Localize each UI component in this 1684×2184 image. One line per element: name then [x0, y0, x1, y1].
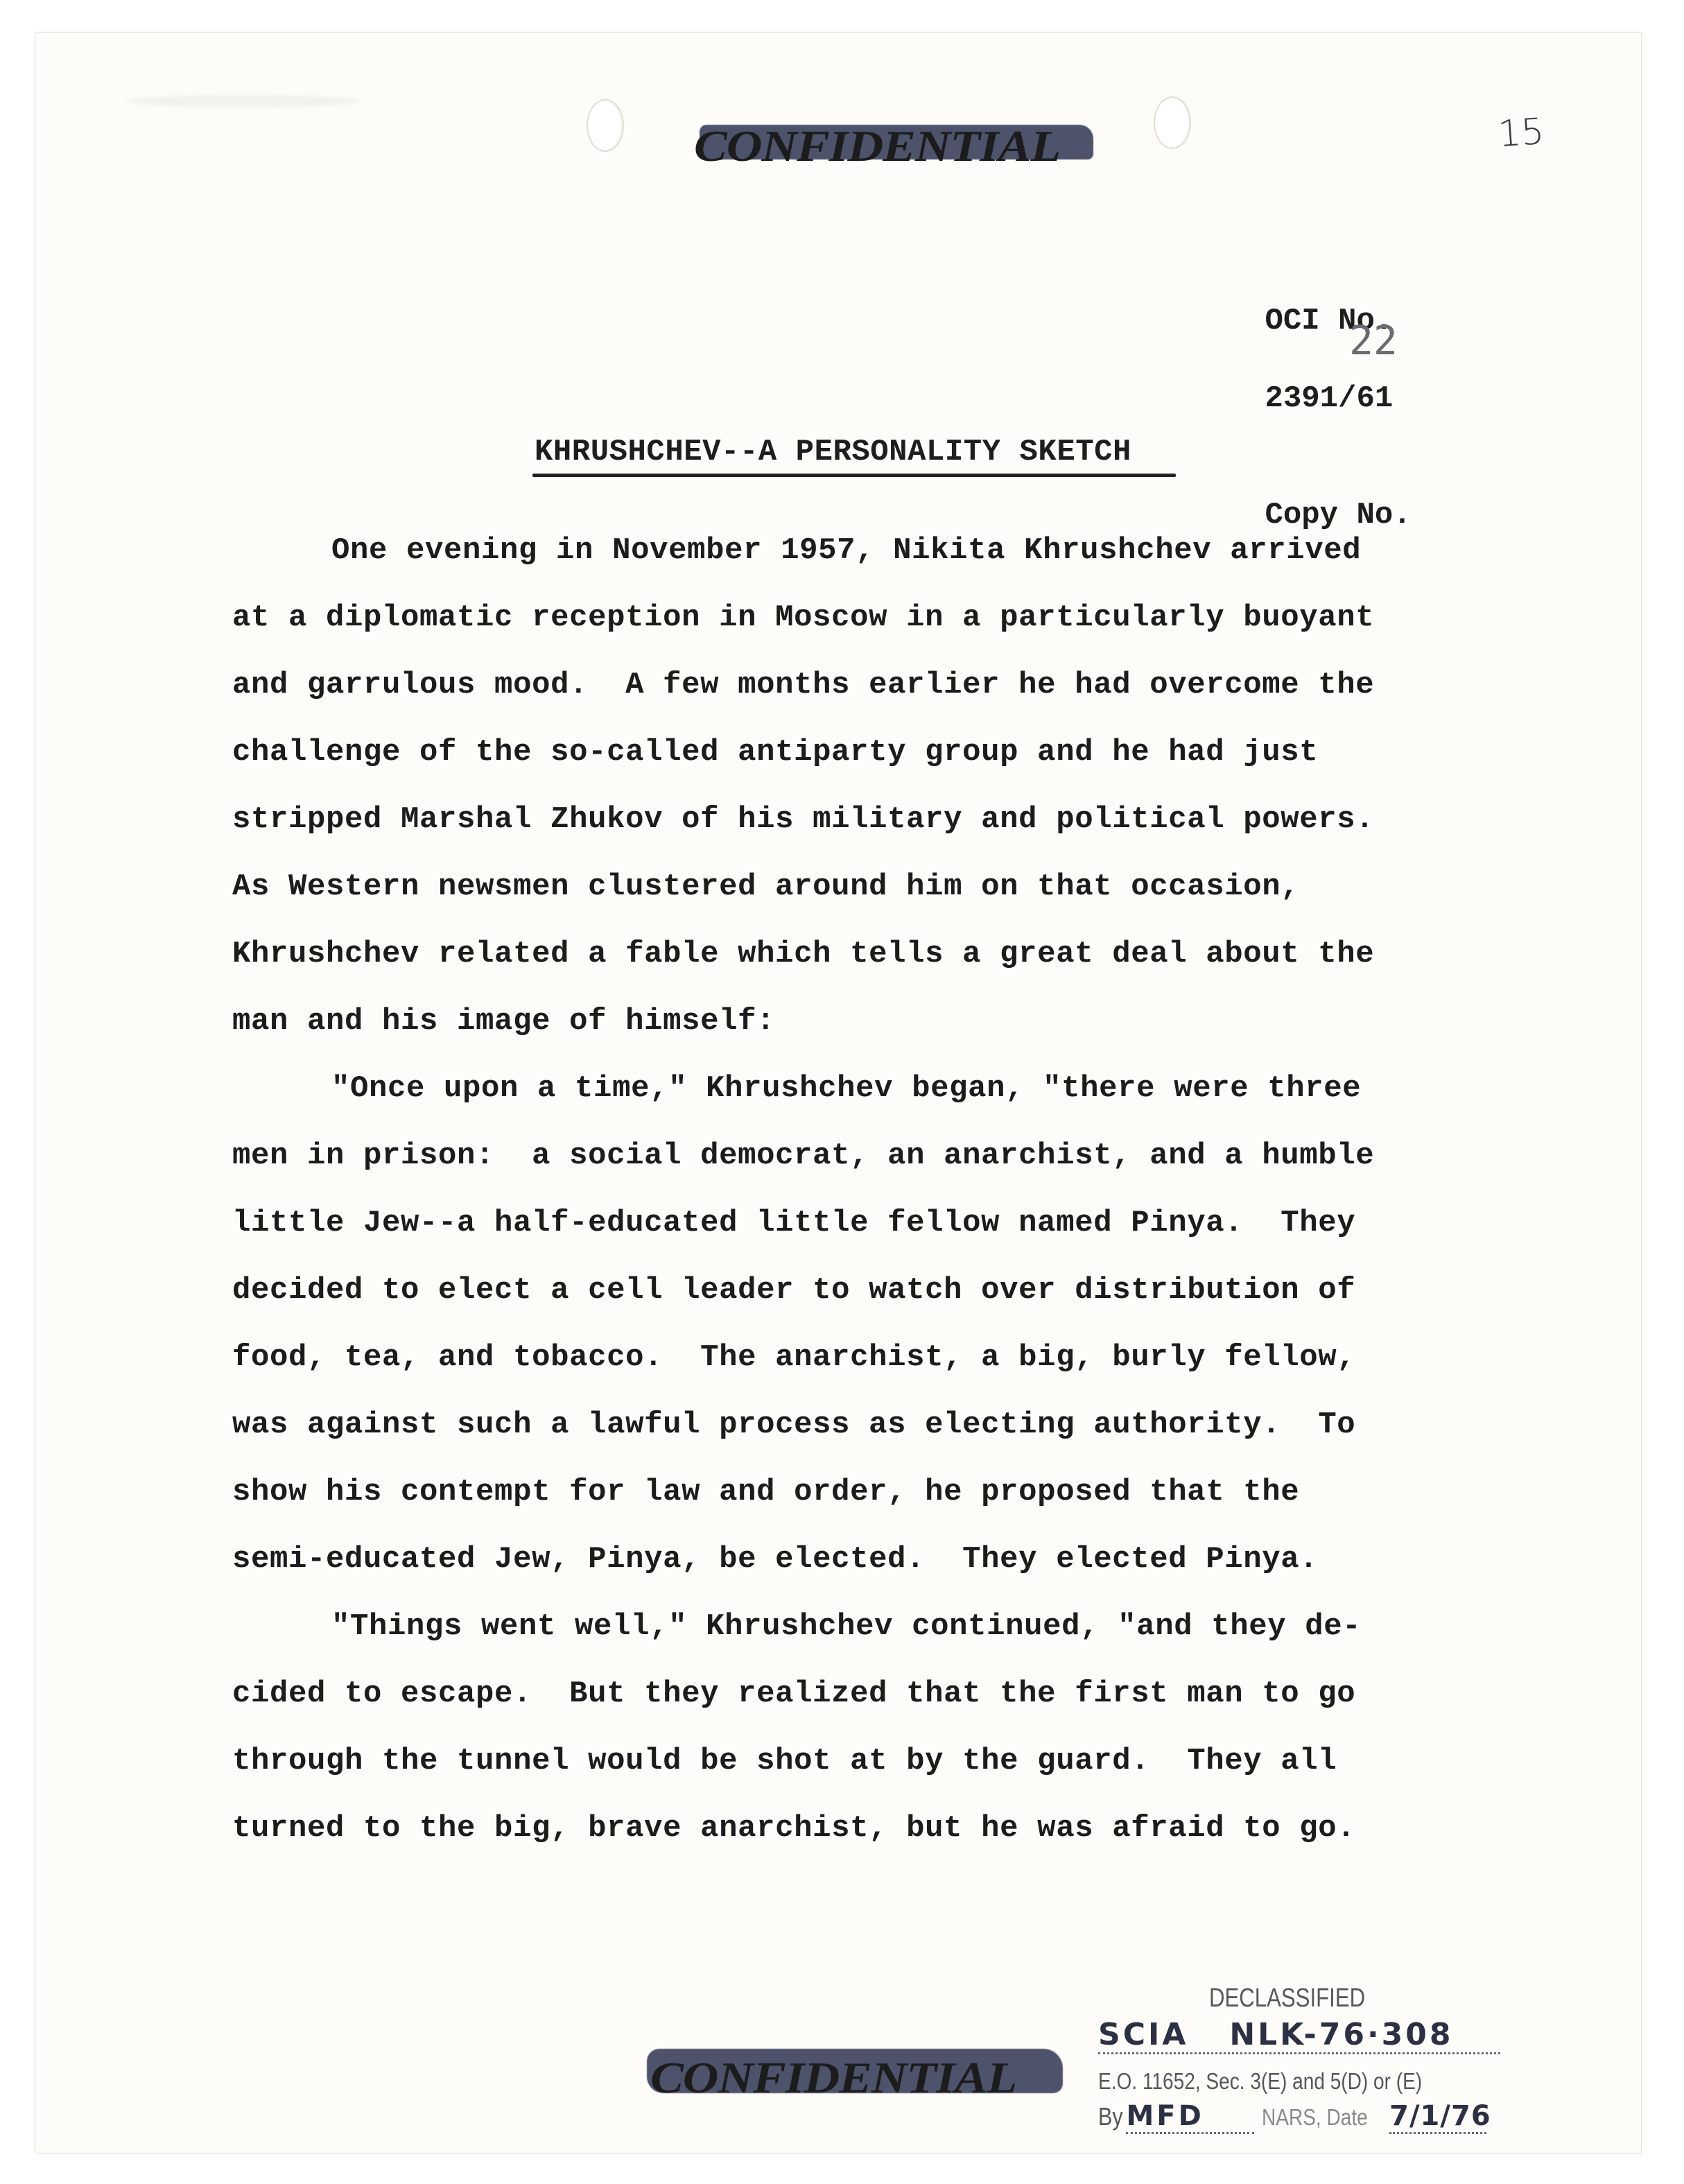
body-text: One evening in November 1957, Nikita Khr…	[232, 530, 1466, 1875]
body-line: challenge of the so-called antiparty gro…	[232, 732, 1466, 799]
document-title: KHRUSHCHEV--A PERSONALITY SKETCH	[535, 435, 1131, 469]
bottom-classification-marking: CONFIDENTIAL	[650, 2056, 1016, 2100]
oci-number-value: 2391/61	[1265, 381, 1393, 416]
document-page: CONFIDENTIAL 15 OCI No. 2391/61 Copy No.…	[35, 32, 1642, 2153]
body-line: food, tea, and tobacco. The anarchist, a…	[232, 1337, 1466, 1405]
body-line: decided to elect a cell leader to watch …	[232, 1270, 1466, 1337]
punch-hole-left	[587, 99, 624, 152]
body-line: Khrushchev related a fable which tells a…	[232, 934, 1466, 1001]
copy-number-label: Copy No.	[1265, 498, 1411, 532]
declassifier-initials: MFD	[1126, 2100, 1204, 2132]
authority-case-number: NLK-76·308	[1229, 2017, 1453, 2052]
by-date-line: By MFD NARS, Date 7/1/76	[1098, 2100, 1486, 2134]
body-line: through the tunnel would be shot at by t…	[232, 1741, 1466, 1808]
copy-number-value: 22	[1349, 317, 1398, 364]
body-line: stripped Marshal Zhukov of his military …	[232, 799, 1466, 867]
body-line: and garrulous mood. A few months earlier…	[232, 665, 1466, 732]
eo-line: E.O. 11652, Sec. 3(E) and 5(D) or (E)	[1098, 2068, 1479, 2095]
body-line: "Things went well," Khrushchev continued…	[232, 1606, 1466, 1674]
punch-hole-right	[1154, 96, 1191, 149]
body-line: men in prison: a social democrat, an ana…	[232, 1136, 1466, 1203]
body-line: cided to escape. But they realized that …	[232, 1674, 1466, 1741]
body-line: As Western newsmen clustered around him …	[232, 867, 1466, 934]
nars-date-label: NARS, Date	[1262, 2104, 1368, 2131]
body-line: "Once upon a time," Khrushchev began, "t…	[232, 1068, 1466, 1136]
body-line: at a diplomatic reception in Moscow in a…	[232, 598, 1466, 665]
body-line: little Jew--a half-educated little fello…	[232, 1203, 1466, 1270]
authority-line: SCIA NLK-76·308	[1098, 2017, 1500, 2054]
by-field: MFD	[1126, 2100, 1254, 2134]
authority-field: SCIA NLK-76·308	[1098, 2017, 1500, 2054]
body-line: turned to the big, brave anarchist, but …	[232, 1808, 1466, 1875]
title-underline	[532, 474, 1176, 477]
body-line: was against such a lawful process as ele…	[232, 1405, 1466, 1472]
authority-prefix: SCIA	[1098, 2017, 1188, 2052]
pencil-smudge	[125, 95, 361, 107]
body-line: man and his image of himself:	[232, 1001, 1466, 1068]
body-line: show his contempt for law and order, he …	[232, 1472, 1466, 1539]
executive-order-text: E.O. 11652, Sec. 3(E) and 5(D) or (E)	[1098, 2068, 1422, 2095]
declassified-heading: DECLASSIFIED	[1209, 1984, 1365, 2013]
by-label: By	[1098, 2102, 1123, 2131]
reference-block: OCI No. 2391/61 Copy No.	[1155, 263, 1412, 573]
page-number: 15	[1497, 111, 1545, 155]
declassification-date: 7/1/76	[1389, 2100, 1491, 2132]
body-line: semi-educated Jew, Pinya, be elected. Th…	[232, 1539, 1466, 1606]
top-classification-marking: CONFIDENTIAL	[694, 124, 1060, 168]
body-line: One evening in November 1957, Nikita Khr…	[232, 530, 1466, 598]
date-field: 7/1/76	[1389, 2100, 1486, 2134]
